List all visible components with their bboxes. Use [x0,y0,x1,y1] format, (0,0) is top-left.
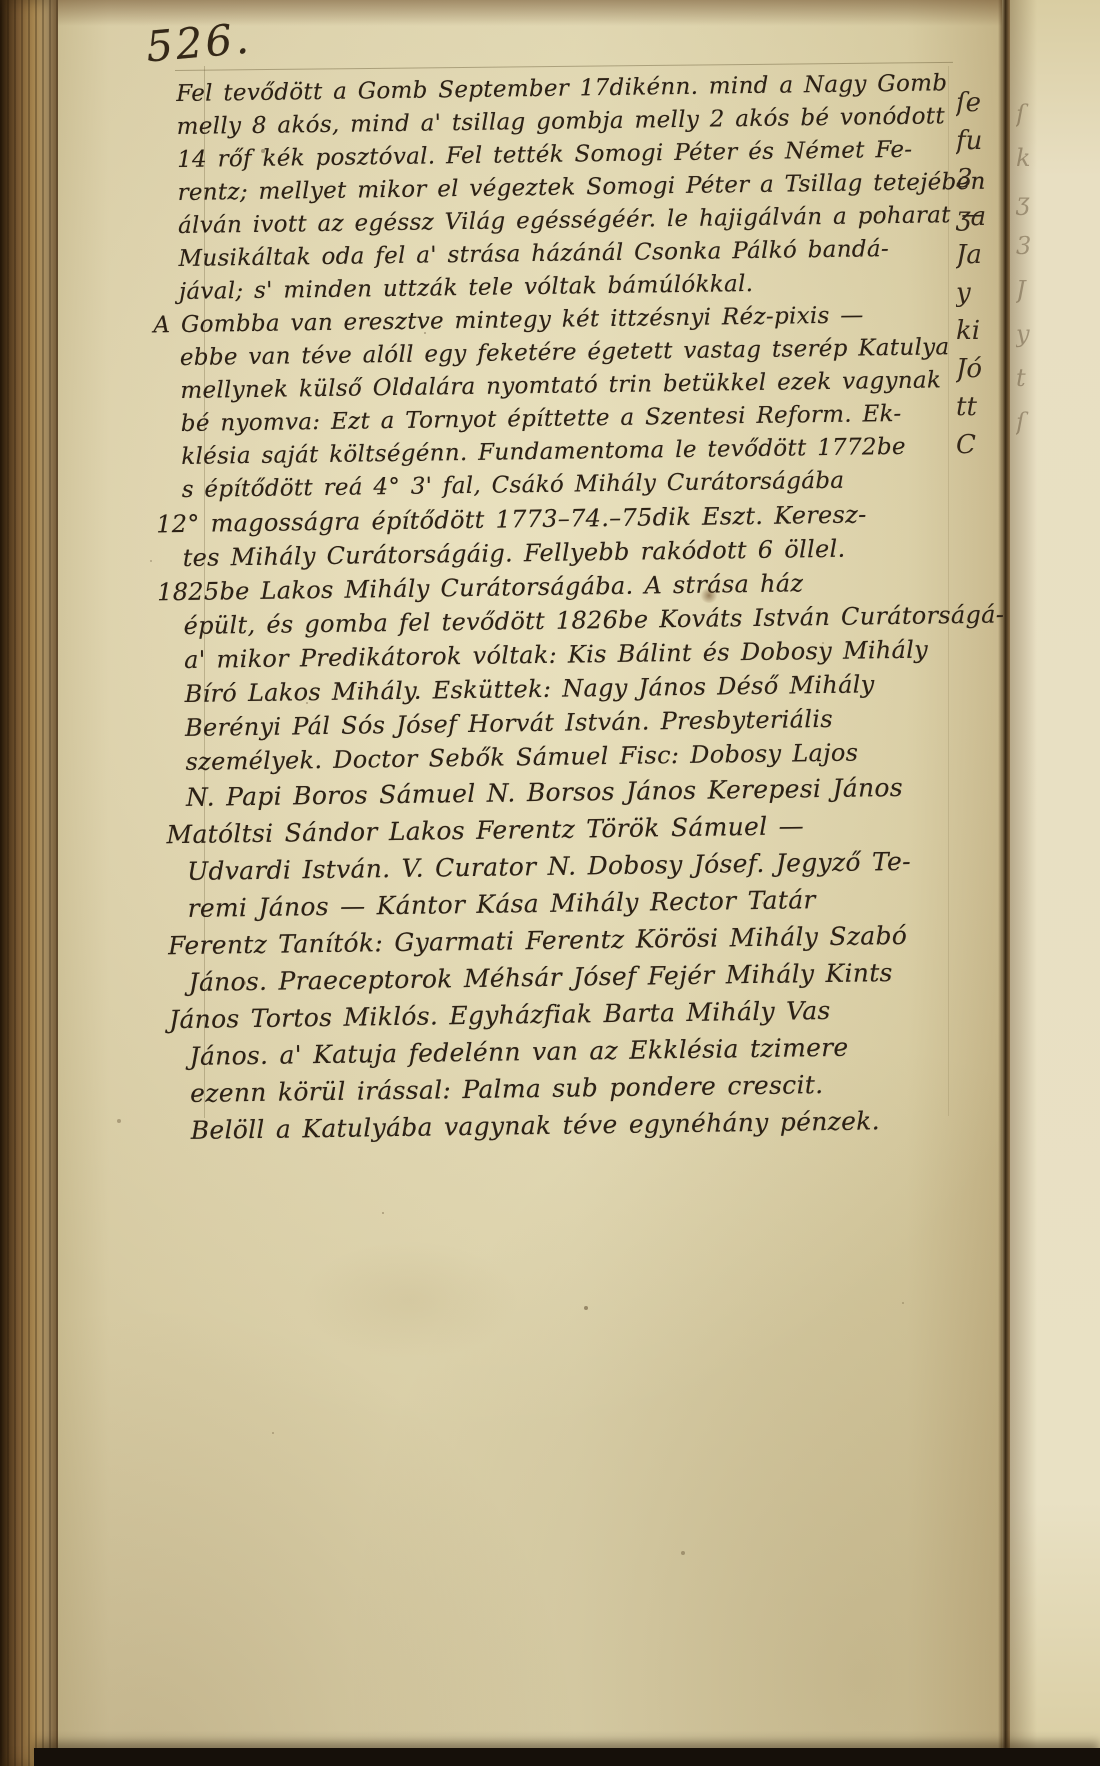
text-fragment: ſe [956,84,1002,122]
text-fragment: ʒa [956,198,1002,236]
paper-specks [0,0,2,2]
text-fragment: k [1016,136,1096,180]
text-fragment: t [1016,356,1096,400]
text-fragment: 3 [1016,224,1096,268]
text-fragment: ki [956,312,1002,350]
text-fragment: Ja [956,236,1002,274]
text-fragment: ſ [1016,400,1096,444]
scanned-book-page: 526. Fel tevődött a Gomb September 17dik… [0,0,1100,1766]
book-binding [0,0,58,1766]
handwritten-text-block: Fel tevődött a Gomb September 17dikénn. … [176,67,1001,1149]
page-number: 526. [144,13,253,71]
text-fragment: J [1016,268,1096,312]
text-fragment: fu [956,122,1002,160]
text-fragment: y [1016,312,1096,356]
text-fragment: tt [956,388,1002,426]
text-fragment: ſ [1016,92,1096,136]
clipped-text-fragments: ſefu3ʒaJaykiJóttC [956,84,1002,484]
text-fragment: y [956,274,1002,312]
paper-stain [700,588,718,603]
text-fragment: Jó [956,350,1002,388]
text-fragment: C [956,426,1002,464]
text-fragment: 3 [956,160,1002,198]
facing-page-text-fragments: ſkʒ3Jytſ [1016,92,1096,512]
paper-stain [300,1240,520,1360]
scan-bottom-edge [34,1748,1100,1766]
text-fragment: ʒ [1016,180,1096,224]
